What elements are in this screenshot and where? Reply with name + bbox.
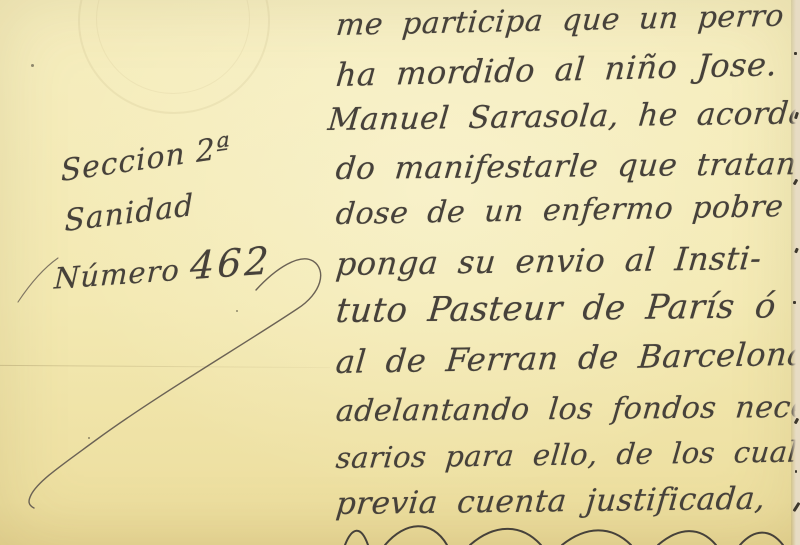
- manuscript-line: sarios para ello, de los cuales: [334, 434, 800, 475]
- paper-crease: [0, 365, 330, 368]
- ink-mark: [794, 112, 799, 120]
- manuscript-line: al de Ferran de Barcelona,: [334, 335, 800, 381]
- manuscript-line: do manifestarle que tratan: [334, 146, 798, 187]
- number-label: Número: [54, 252, 191, 296]
- truncated-line-strokes: [345, 526, 783, 545]
- ink-mark: [794, 418, 799, 425]
- ink-mark: [793, 301, 796, 304]
- manuscript-line: dose de un enfermo pobre dis: [334, 188, 800, 232]
- ink-mark: [794, 248, 799, 254]
- margin-section-line: Seccion 2ª: [60, 130, 231, 189]
- ink-speck: [236, 310, 238, 312]
- manuscript-line: previa cuenta justificada,: [334, 481, 767, 522]
- ink-mark: [793, 179, 799, 186]
- manuscript-line: ponga su envio al Insti-: [334, 239, 763, 283]
- manuscript-line: me participa que un perro: [335, 0, 786, 43]
- manuscript-line: Manuel Sarasola, he acorda: [326, 95, 800, 138]
- ink-mark: [794, 52, 797, 55]
- page-edge: [791, 0, 800, 545]
- manuscript-line: tuto Pasteur de París ó: [334, 286, 778, 331]
- ink-mark: [795, 470, 797, 473]
- ink-speck: [88, 437, 90, 439]
- margin-department-line: Sanidad: [64, 188, 194, 239]
- number-value: 462: [189, 238, 272, 288]
- ink-speck: [31, 64, 34, 67]
- manuscript-line: adelantando los fondos nece: [334, 390, 800, 429]
- margin-number-line: Número 462: [53, 238, 272, 297]
- manuscript-line: ha mordido al niño Jose.: [334, 45, 778, 94]
- scanned-letter-page: Seccion 2ª Sanidad Número 462 me partici…: [0, 0, 800, 545]
- ink-mark: [793, 502, 800, 512]
